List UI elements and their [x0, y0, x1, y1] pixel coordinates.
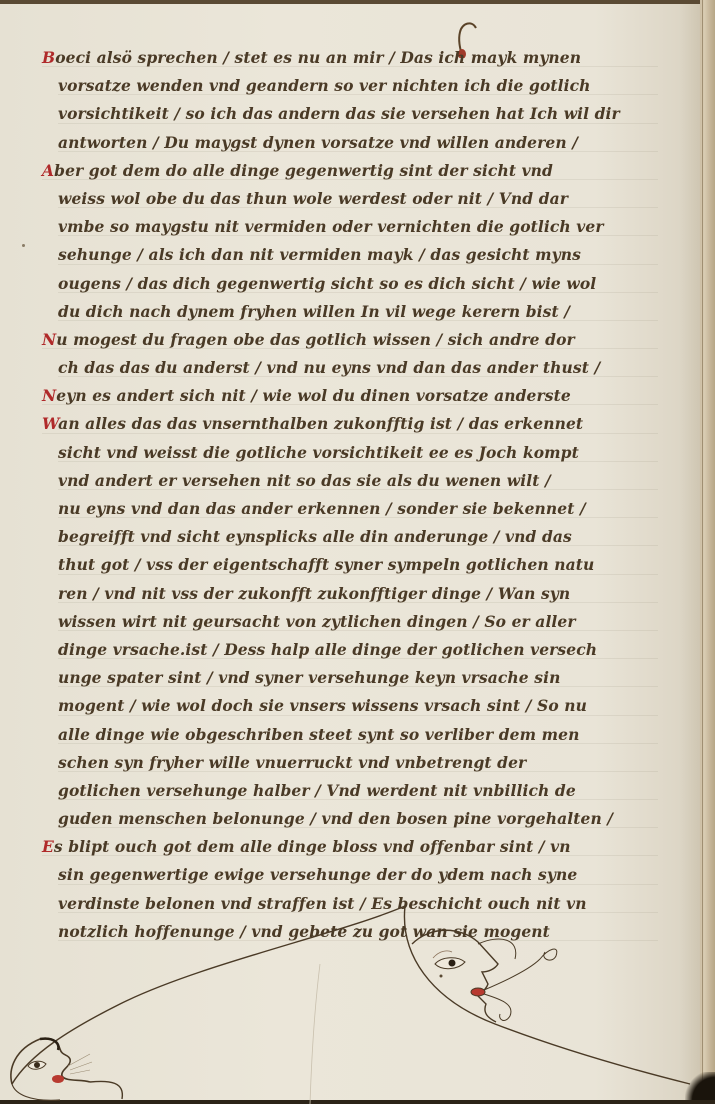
line-text: mogent / wie wol doch sie vnsers wissens… — [58, 696, 587, 715]
manuscript-line: alle dinge wie obgeschriben steet synt s… — [58, 721, 658, 749]
ruling-line — [42, 433, 658, 434]
ruling-line — [42, 855, 658, 856]
line-text: ren / vnd nit vss der zukonfft zukonffti… — [58, 584, 570, 603]
line-text: sicht vnd weisst die gotliche vorsichtik… — [58, 443, 579, 462]
manuscript-line: sin gegenwertige ewige versehunge der do… — [58, 861, 658, 889]
ruling-line — [58, 630, 658, 631]
manuscript-line: gotlichen versehunge halber / Vnd werden… — [58, 777, 658, 805]
ruling-line — [58, 94, 658, 95]
ruling-line — [58, 743, 658, 744]
manuscript-line: dinge vrsache.ist / Dess halp alle dinge… — [58, 636, 658, 664]
left-face-mouth — [52, 1075, 64, 1083]
ruling-line — [58, 827, 658, 828]
manuscript-line: vmbe so maygstu nit vermiden oder vernic… — [58, 213, 658, 241]
ruling-line — [58, 799, 658, 800]
line-text: vnd andert er versehen nit so das sie al… — [58, 471, 551, 490]
manuscript-line: Neyn es andert sich nit / wie wol du din… — [42, 382, 658, 410]
manuscript-line: Es blipt ouch got dem alle dinge bloss v… — [42, 833, 658, 861]
marginal-drawing — [0, 904, 700, 1100]
line-text: guden menschen belonunge / vnd den bosen… — [58, 809, 613, 828]
ruling-line — [58, 545, 658, 546]
scroll-ribbon — [12, 906, 405, 1084]
manuscript-line: Aber got dem do alle dinge gegenwertig s… — [42, 157, 658, 185]
manuscript-line: wissen wirt nit geursacht von zytlichen … — [58, 608, 658, 636]
manuscript-line: sicht vnd weisst die gotliche vorsichtik… — [58, 439, 658, 467]
rubricated-initial: A — [42, 161, 54, 180]
manuscript-line: sehunge / als ich dan nit vermiden mayk … — [58, 241, 658, 269]
manuscript-line: thut got / vss der eigentschafft syner s… — [58, 551, 658, 579]
line-text: thut got / vss der eigentschafft syner s… — [58, 555, 594, 574]
manuscript-line: mogent / wie wol doch sie vnsers wissens… — [58, 692, 658, 720]
manuscript-line: guden menschen belonunge / vnd den bosen… — [58, 805, 658, 833]
ruling-line — [58, 489, 658, 490]
line-text: sin gegenwertige ewige versehunge der do… — [58, 865, 577, 884]
manuscript-line: vorsichtikeit / so ich das andern das si… — [58, 100, 658, 128]
right-face-mouth — [471, 988, 485, 996]
rubricated-initial: E — [42, 837, 54, 856]
manuscript-line: antworten / Du maygst dynen vorsatze vnd… — [58, 129, 658, 157]
ruling-line — [58, 264, 658, 265]
ruling-line — [58, 235, 658, 236]
manuscript-line: weiss wol obe du das thun wole werdest o… — [58, 185, 658, 213]
ruling-line — [58, 123, 658, 124]
manuscript-line: vorsatze wenden vnd geandern so ver nich… — [58, 72, 658, 100]
line-text: begreifft vnd sicht eynsplicks alle din … — [58, 527, 572, 546]
line-text: antworten / Du maygst dynen vorsatze vnd… — [58, 133, 578, 152]
manuscript-line: vnd andert er versehen nit so das sie al… — [58, 467, 658, 495]
rubricated-initial: B — [42, 48, 55, 67]
line-text: an alles das das vnsernthalben zukonffti… — [58, 414, 583, 433]
line-text: ch das das du anderst / vnd nu eyns vnd … — [58, 358, 600, 377]
line-text: u mogest du fragen obe das gotlich wisse… — [56, 330, 575, 349]
line-text: sehunge / als ich dan nit vermiden mayk … — [58, 245, 581, 264]
ruling-line — [58, 574, 658, 575]
ruling-line — [42, 348, 658, 349]
line-text: dinge vrsache.ist / Dess halp alle dinge… — [58, 640, 597, 659]
ruling-line — [58, 207, 658, 208]
ruling-line — [42, 404, 658, 405]
corner-shadow — [685, 1072, 715, 1100]
ruling-line — [58, 884, 658, 885]
line-text: ougens / das dich gegenwertig sicht so e… — [58, 274, 596, 293]
manuscript-line: ren / vnd nit vss der zukonfft zukonffti… — [58, 580, 658, 608]
ruling-line — [58, 292, 658, 293]
line-text: vmbe so maygstu nit vermiden oder vernic… — [58, 217, 604, 236]
ruling-line — [58, 461, 658, 462]
line-text: unge spater sint / vnd syner versehunge … — [58, 668, 560, 687]
manuscript-line: ch das das du anderst / vnd nu eyns vnd … — [58, 354, 658, 382]
manuscript-line: unge spater sint / vnd syner versehunge … — [58, 664, 658, 692]
manuscript-line: schen syn fryher wille vnuerruckt vnd vn… — [58, 749, 658, 777]
line-text: vorsatze wenden vnd geandern so ver nich… — [58, 76, 591, 95]
rubricated-initial: N — [42, 330, 56, 349]
manuscript-line: nu eyns vnd dan das ander erkennen / son… — [58, 495, 658, 523]
line-text: wissen wirt nit geursacht von zytlichen … — [58, 612, 576, 631]
ruling-line — [58, 686, 658, 687]
line-text: ber got dem do alle dinge gegenwertig si… — [54, 161, 553, 180]
rubricated-initial: N — [42, 386, 56, 405]
manuscript-line: Nu mogest du fragen obe das gotlich wiss… — [42, 326, 658, 354]
ruling-line — [58, 658, 658, 659]
ruling-line — [58, 771, 658, 772]
manuscript-line: du dich nach dynem fryhen willen In vil … — [58, 298, 658, 326]
text-block: Boeci alsӧ sprechen / stet es nu an mir … — [58, 44, 658, 946]
manuscript-line: Boeci alsӧ sprechen / stet es nu an mir … — [42, 44, 658, 72]
line-text: du dich nach dynem fryhen willen In vil … — [58, 302, 570, 321]
ruling-line — [58, 517, 658, 518]
ruling-line — [58, 151, 658, 152]
manuscript-line: begreifft vnd sicht eynsplicks alle din … — [58, 523, 658, 551]
ruling-line — [42, 66, 658, 67]
ruling-line — [58, 715, 658, 716]
line-text: s blipt ouch got dem alle dinge bloss vn… — [54, 837, 571, 856]
line-text: vorsichtikeit / so ich das andern das si… — [58, 104, 620, 123]
right-face-outline — [404, 906, 690, 1084]
line-text: schen syn fryher wille vnuerruckt vnd vn… — [58, 753, 526, 772]
gutter-edge — [702, 0, 703, 1100]
ruling-line — [58, 320, 658, 321]
ruling-line — [42, 179, 658, 180]
margin-speck — [22, 244, 25, 247]
line-text: gotlichen versehunge halber / Vnd werden… — [58, 781, 576, 800]
manuscript-page: Boeci alsӧ sprechen / stet es nu an mir … — [0, 4, 700, 1100]
line-text: alle dinge wie obgeschriben steet synt s… — [58, 725, 579, 744]
ruling-line — [58, 376, 658, 377]
rubricated-initial: W — [42, 414, 58, 433]
line-text: nu eyns vnd dan das ander erkennen / son… — [58, 499, 586, 518]
manuscript-line: Wan alles das das vnsernthalben zukonfft… — [42, 410, 658, 438]
line-text: weiss wol obe du das thun wole werdest o… — [58, 189, 568, 208]
line-text: eyn es andert sich nit / wie wol du dine… — [56, 386, 571, 405]
manuscript-line: ougens / das dich gegenwertig sicht so e… — [58, 270, 658, 298]
line-text: oeci alsӧ sprechen / stet es nu an mir /… — [55, 48, 581, 67]
ruling-line — [58, 602, 658, 603]
